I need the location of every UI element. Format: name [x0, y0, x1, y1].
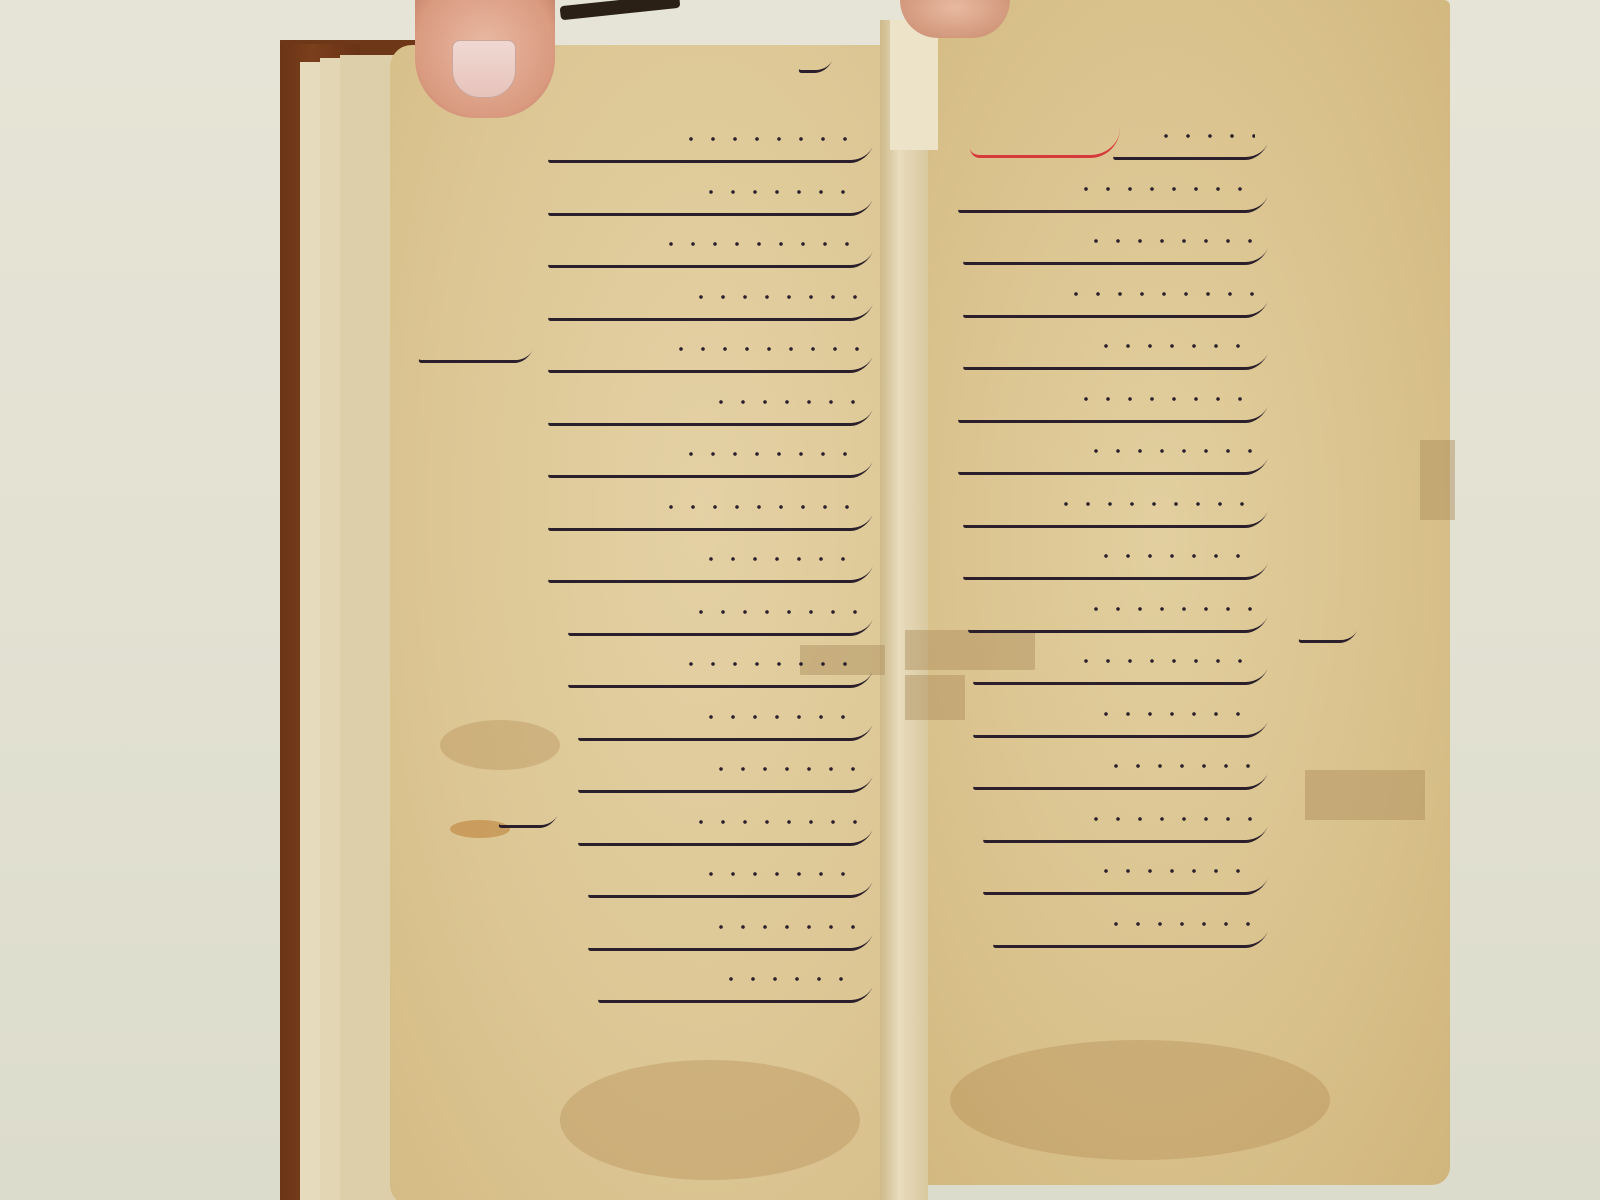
- repair-patch: [1420, 440, 1455, 520]
- manuscript-line: [955, 755, 1265, 808]
- manuscript-line: [540, 181, 870, 234]
- repair-patch: [1305, 770, 1425, 820]
- manuscript-line: [540, 496, 870, 549]
- strap: [560, 0, 681, 20]
- manuscript-line: [540, 758, 870, 811]
- manuscript-line: [540, 653, 870, 706]
- manuscript-line: [955, 860, 1265, 913]
- manuscript-line: [955, 703, 1265, 756]
- manuscript-line: [540, 601, 870, 654]
- binding-strip: [890, 20, 938, 150]
- manuscript-line: [955, 493, 1265, 546]
- manuscript-line: [540, 863, 870, 916]
- manuscript-line: [540, 916, 870, 969]
- manuscript-line: [540, 706, 870, 759]
- manuscript-line: [540, 391, 870, 444]
- manuscript-line: [955, 440, 1265, 493]
- left-margin-note-1: [418, 350, 533, 363]
- manuscript-line: [955, 598, 1265, 651]
- manuscript-line: [540, 443, 870, 496]
- right-page-text: [955, 125, 1265, 965]
- manuscript-line: [540, 548, 870, 601]
- left-page-text: [540, 128, 870, 1021]
- water-stain: [560, 1060, 860, 1180]
- water-stain: [950, 1040, 1330, 1160]
- book-gutter: [880, 20, 928, 1200]
- manuscript-line: [955, 650, 1265, 703]
- manuscript-line: [540, 338, 870, 391]
- manuscript-line: [540, 811, 870, 864]
- manuscript-line: [540, 128, 870, 181]
- manuscript-line: [540, 233, 870, 286]
- manuscript-line: [955, 808, 1265, 861]
- manuscript-line: [955, 230, 1265, 283]
- manuscript-line: [955, 178, 1265, 231]
- manuscript-line: [955, 545, 1265, 598]
- manuscript-line: [955, 388, 1265, 441]
- manuscript-line: [955, 125, 1265, 178]
- manuscript-line: [540, 968, 870, 1021]
- thumbnail: [452, 40, 516, 98]
- manuscript-line: [540, 286, 870, 339]
- manuscript-line: [955, 283, 1265, 336]
- manuscript-line: [955, 913, 1265, 966]
- manuscript-line: [955, 335, 1265, 388]
